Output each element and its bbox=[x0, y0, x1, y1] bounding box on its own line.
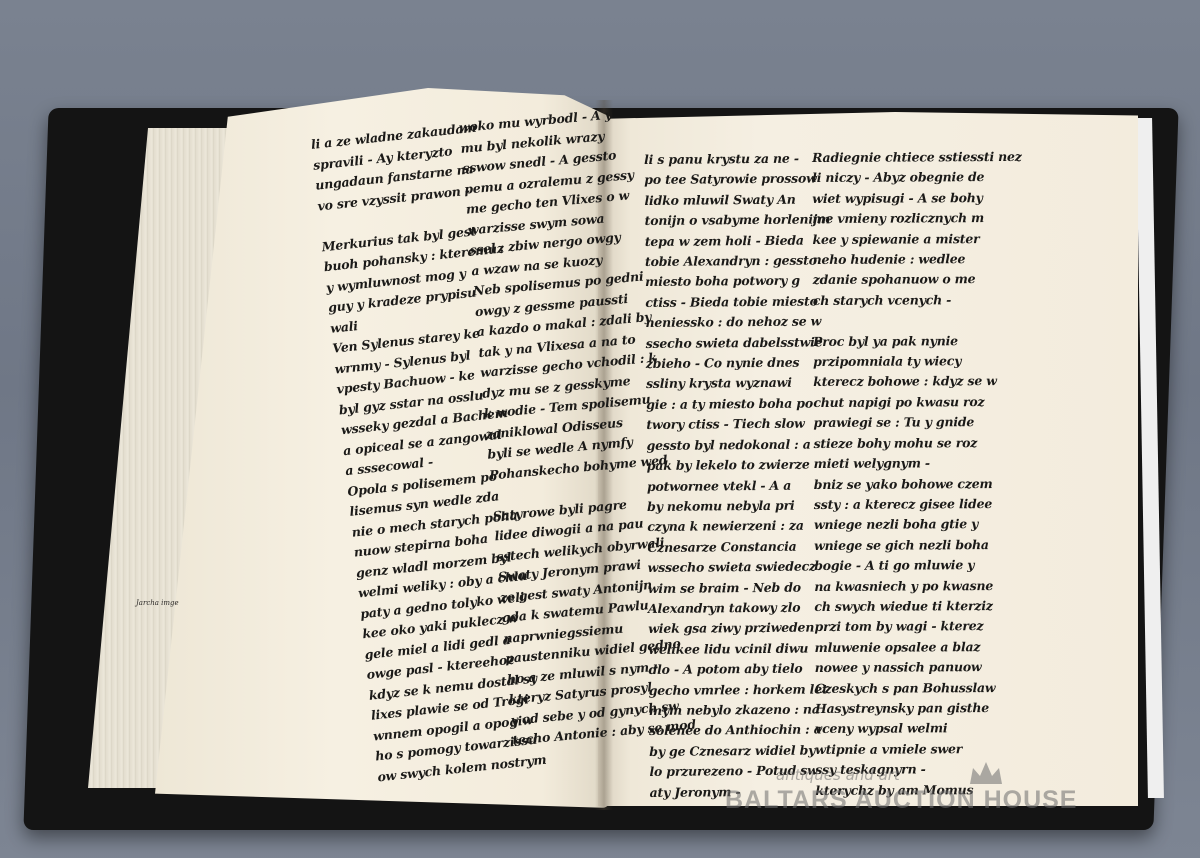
manuscript-line: Alexandryn takowy zlo bbox=[648, 597, 834, 619]
manuscript-line: by nekomu nebyla pri bbox=[647, 495, 833, 517]
manuscript-line: mluwenie opsalee a blaz bbox=[815, 637, 1025, 659]
manuscript-line: Radiegnie chtiece sstiessti nez bbox=[812, 147, 1022, 169]
manuscript-line: wssecho swieta swiedecz bbox=[648, 556, 834, 578]
manuscript-line: po tee Satyrowie prossow bbox=[644, 169, 830, 191]
manuscript-line: ctiss - Bieda tobie miesto bbox=[645, 291, 831, 313]
manuscript-line: wim se braim - Neb do bbox=[648, 577, 834, 599]
manuscript-line: wiek gsa ziwy prziweden bbox=[648, 618, 834, 640]
manuscript-line: neho hudenie : wedlee bbox=[813, 249, 1023, 271]
manuscript-line: neniessko : do nehoz se w bbox=[645, 312, 831, 334]
manuscript-line: czyna k newierzeni : za bbox=[647, 516, 833, 538]
manuscript-line: ssliny krysta wyznawi bbox=[646, 373, 832, 395]
manuscript-line: ch swych wiedue ti kterziz bbox=[814, 596, 1024, 618]
manuscript-line: tonijn o vsabyme horlenijm bbox=[645, 210, 831, 232]
manuscript-line: kee y spiewanie a mister bbox=[812, 229, 1022, 251]
manuscript-line: zdanie spohanuow o me bbox=[813, 269, 1023, 291]
manuscript-line: gecho vmrlee : horkem let bbox=[649, 679, 835, 701]
manuscript-line: miesto boha potwory g bbox=[645, 271, 831, 293]
manuscript-line: wtipnie a vmiele swer bbox=[815, 739, 1025, 761]
manuscript-line: Jarcha i bbox=[136, 599, 163, 607]
manuscript-line: li niczy - Abyz obegnie de bbox=[812, 167, 1022, 189]
manuscript-line: li s panu krystu za ne - bbox=[644, 148, 830, 170]
manuscript-column-4: Radiegnie chtiece sstiessti nezli niczy … bbox=[812, 147, 1025, 801]
manuscript-line: bogie - A ti go mluwie y bbox=[814, 555, 1024, 577]
manuscript-line: by ge Cznesarz widiel by bbox=[649, 740, 835, 762]
manuscript-line: solenee do Anthiochin : a bbox=[649, 720, 835, 742]
manuscript-line: przipomniala ty wiecy bbox=[813, 351, 1023, 373]
manuscript-line: chut napigi po kwasu roz bbox=[813, 392, 1023, 414]
manuscript-line: wniege se gich nezli boha bbox=[814, 535, 1024, 557]
manuscript-line: kterychz by am Momus bbox=[815, 779, 1025, 801]
manuscript-line: gessto byl nedokonal : a bbox=[646, 434, 832, 456]
manuscript-line: tobie Alexandryn : gessto bbox=[645, 250, 831, 272]
manuscript-column-3: li s panu krystu za ne -po tee Satyrowie… bbox=[644, 148, 835, 803]
manuscript-line: lo przurezeno - Potud sw bbox=[649, 761, 835, 783]
manuscript-line: potwornee vtekl - A a bbox=[647, 475, 833, 497]
manuscript-line: lidko mluwil Swaty An bbox=[644, 189, 830, 211]
manuscript-line: welikee lidu vcinil diwu bbox=[648, 638, 834, 660]
manuscript-line: mieti welygnym - bbox=[814, 453, 1024, 475]
manuscript-line: Hasystreynsky pan gisthe bbox=[815, 698, 1025, 720]
manuscript-line: pak by lekelo to zwierze bbox=[647, 454, 833, 476]
manuscript-line: ssy teskagnyrn - bbox=[815, 759, 1025, 781]
manuscript-line: nowee y nassich panuow bbox=[815, 657, 1025, 679]
manuscript-line: wniege nezli boha gtie y bbox=[814, 514, 1024, 536]
manuscript-line: ssecho swieta dabelsstwie bbox=[646, 332, 832, 354]
manuscript-line: bniz se yako bohowe czem bbox=[814, 473, 1024, 495]
manuscript-line: mge bbox=[163, 599, 178, 607]
manuscript-line: zbieho - Co nynie dnes bbox=[646, 352, 832, 374]
manuscript-line: wiet wypisugi - A se bohy bbox=[812, 188, 1022, 210]
manuscript-line: dlo - A potom aby tielo bbox=[648, 659, 834, 681]
manuscript-line: przi tom by wagi - kterez bbox=[814, 616, 1024, 638]
manuscript-line: prawiegi se : Tu y gnide bbox=[813, 412, 1023, 434]
manuscript-line: twory ctiss - Tiech slow bbox=[646, 414, 832, 436]
manuscript-line: mym nebylo zkazeno : na bbox=[649, 699, 835, 721]
margin-note: Jarcha imge bbox=[136, 598, 179, 608]
manuscript-line: stieze bohy mohu se roz bbox=[813, 433, 1023, 455]
manuscript-line: kterecz bohowe : kdyz se w bbox=[813, 371, 1023, 393]
manuscript-line: tepa w zem holi - Bieda bbox=[645, 230, 831, 252]
manuscript-line: me vmieny rozlicznych m bbox=[812, 208, 1022, 230]
photo-scene: li a ze wladne zakaudamspravili - Ay kte… bbox=[0, 0, 1200, 858]
manuscript-line: vceny wypsal welmi bbox=[815, 718, 1025, 740]
manuscript-line: Czeskych s pan Bohusslaw bbox=[815, 677, 1025, 699]
manuscript-line bbox=[813, 310, 1023, 332]
manuscript-line: na kwasniech y po kwasne bbox=[814, 575, 1024, 597]
manuscript-line: ch starych vcenych - bbox=[813, 290, 1023, 312]
manuscript-line: ssty : a kterecz gisee lidee bbox=[814, 494, 1024, 516]
manuscript-line: gie : a ty miesto boha po bbox=[646, 393, 832, 415]
manuscript-line: Cznesarze Constancia bbox=[647, 536, 833, 558]
manuscript-line: aty Jeronym - bbox=[650, 781, 836, 803]
manuscript-line: Proc byl ya pak nynie bbox=[813, 331, 1023, 353]
